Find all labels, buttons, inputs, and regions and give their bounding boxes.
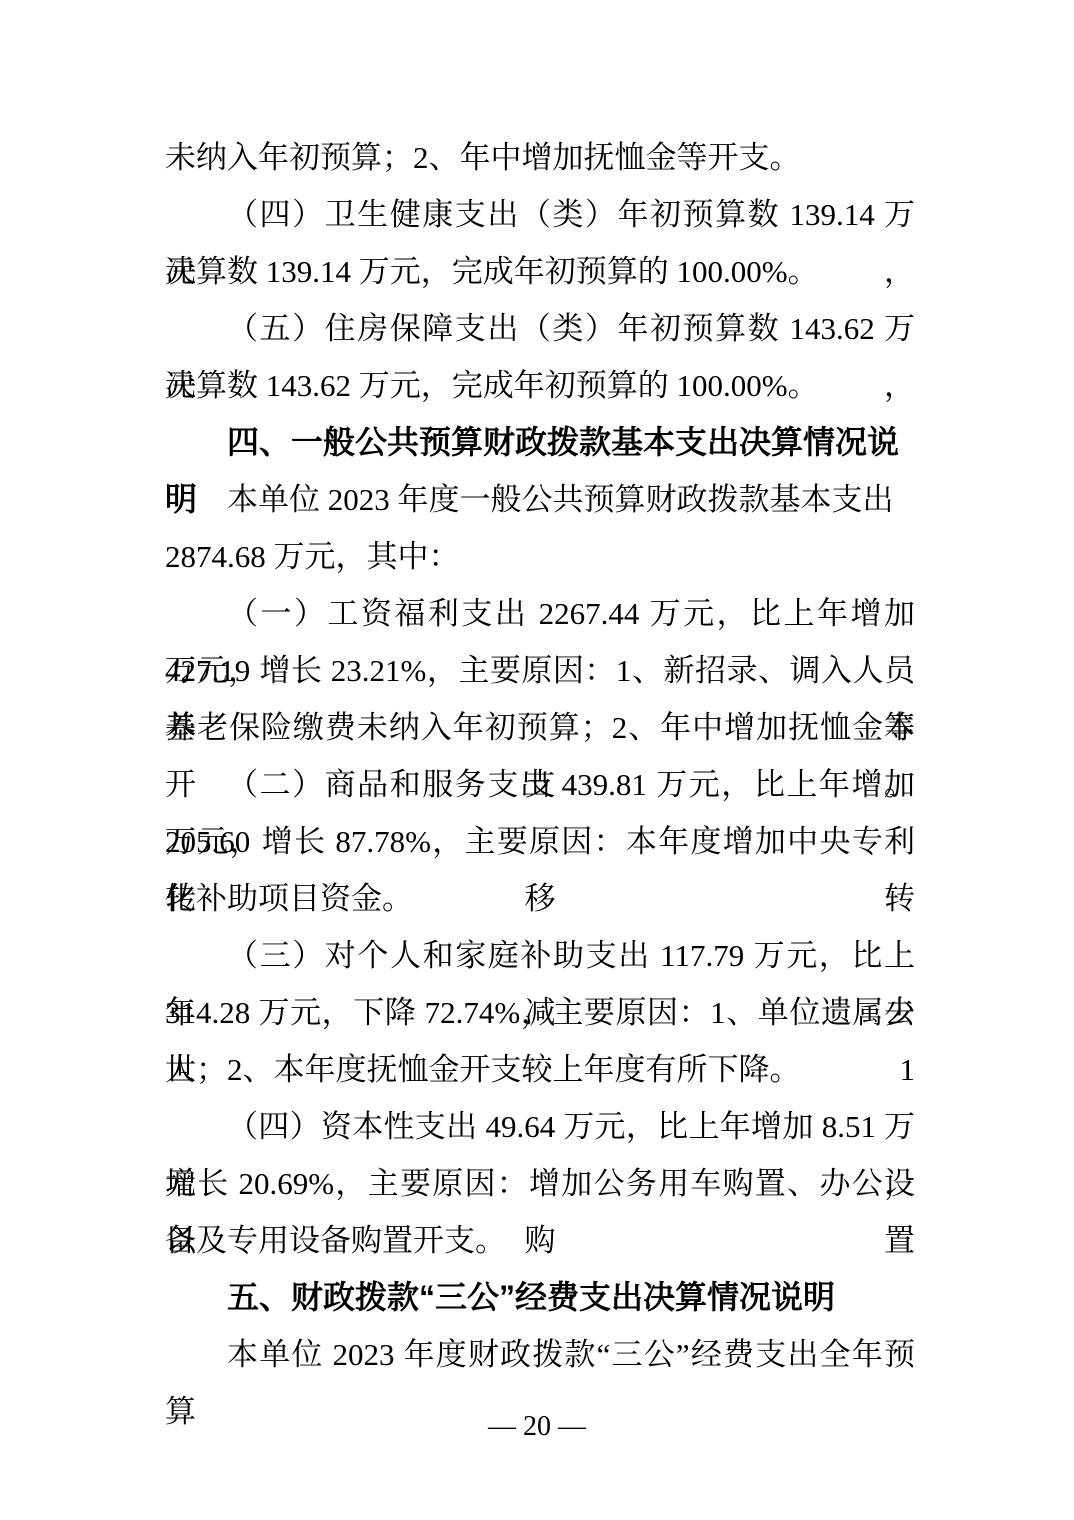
- document-body: 未纳入年初预算；2、年中增加抚恤金等开支。 （四）卫生健康支出（类）年初预算数 …: [165, 129, 915, 1383]
- text-line: （四）卫生健康支出（类）年初预算数 139.14 万元，: [165, 186, 915, 243]
- text-line: （四）资本性支出 49.64 万元，比上年增加 8.51 万元，: [165, 1098, 915, 1155]
- text-line: 本单位 2023 年度一般公共预算财政拨款基本支出: [165, 471, 915, 528]
- page-number: — 20 —: [0, 1398, 1074, 1455]
- text-line: （五）住房保障支出（类）年初预算数 143.62 万元，: [165, 300, 915, 357]
- text-line: 决算数 143.62 万元，完成年初预算的 100.00%。: [165, 357, 915, 414]
- text-line: 决算数 139.14 万元，完成年初预算的 100.00%。: [165, 243, 915, 300]
- text-line: （二）商品和服务支出 439.81 万元，比上年增加 205.60: [165, 756, 915, 813]
- text-line: 增长 20.69%，主要原因：增加公务用车购置、办公设备购置: [165, 1155, 915, 1212]
- text-line: 养老保险缴费未纳入年初预算；2、年中增加抚恤金等开支。: [165, 699, 915, 756]
- text-line: 万元，增长 23.21%，主要原因：1、新招录、调入人员基本: [165, 642, 915, 699]
- text-line: 未纳入年初预算；2、年中增加抚恤金等开支。: [165, 129, 915, 186]
- section-heading-4: 四、一般公共预算财政拨款基本支出决算情况说明: [165, 414, 915, 471]
- text-line: 2874.68 万元，其中：: [165, 528, 915, 585]
- text-line: （三）对个人和家庭补助支出 117.79 万元，比上年减少: [165, 927, 915, 984]
- text-line: 本单位 2023 年度财政拨款“三公”经费支出全年预算: [165, 1326, 915, 1383]
- text-line: 万元，增长 87.78%，主要原因：本年度增加中央专利转移转: [165, 813, 915, 870]
- document-page: 未纳入年初预算；2、年中增加抚恤金等开支。 （四）卫生健康支出（类）年初预算数 …: [0, 0, 1074, 1520]
- text-line: （一）工资福利支出 2267.44 万元，比上年增加 427.19: [165, 585, 915, 642]
- section-heading-5: 五、财政拨款“三公”经费支出决算情况说明: [165, 1269, 915, 1326]
- text-line: 314.28 万元，下降 72.74%，主要原因：1、单位遗属去世 1: [165, 984, 915, 1041]
